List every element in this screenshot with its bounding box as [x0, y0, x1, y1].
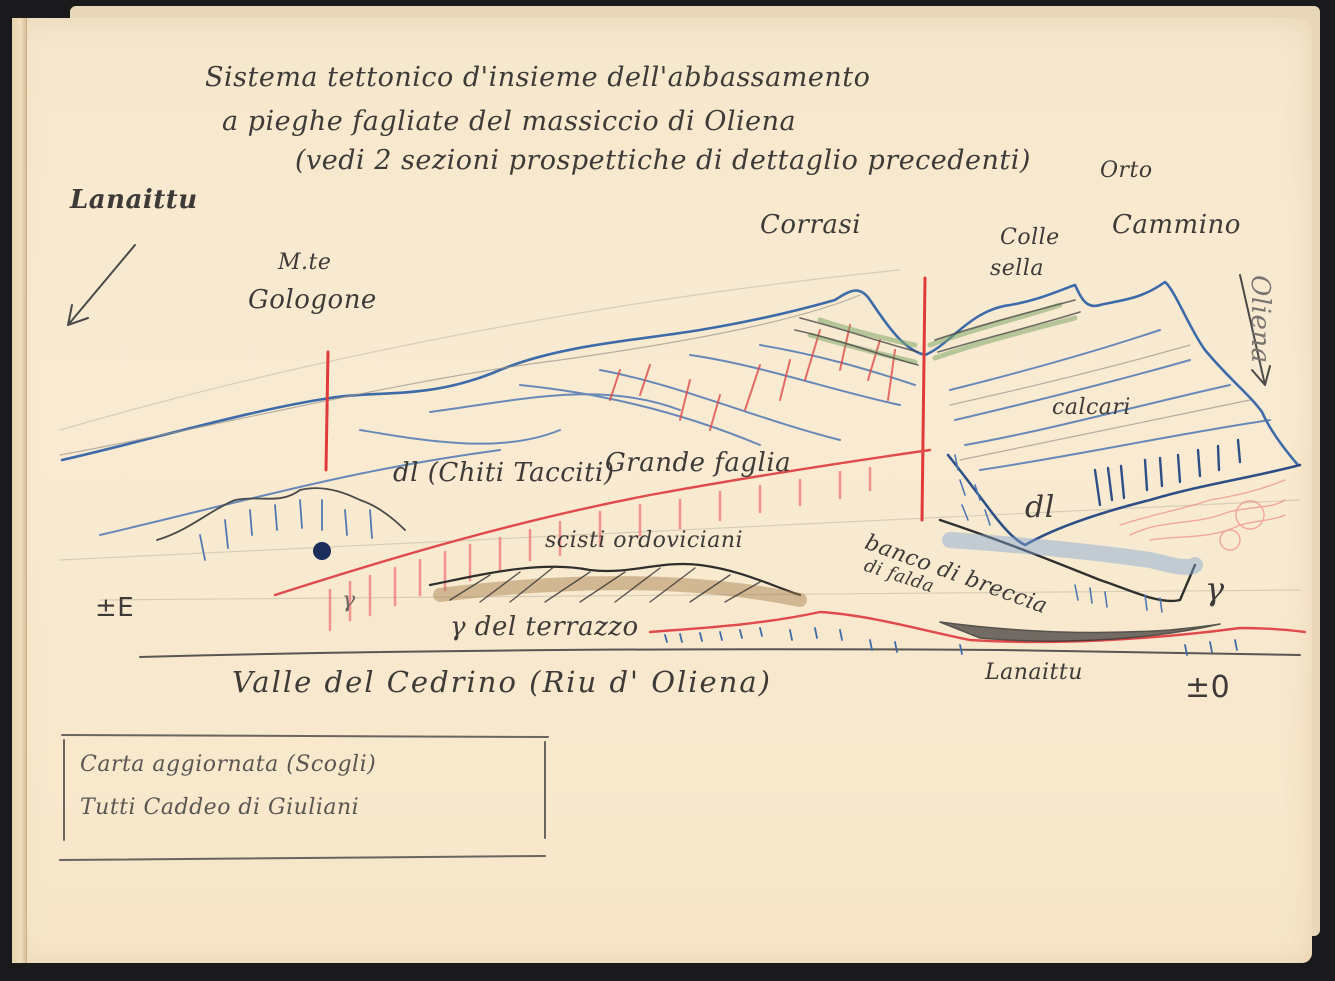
label-valle-cedrino: Valle del Cedrino (Riu d' Oliena)	[232, 665, 772, 699]
dolomite-block-right	[948, 455, 1300, 545]
label-lanaittu: Lanaittu	[70, 185, 198, 215]
label-calcari: calcari	[1052, 395, 1131, 420]
fault-saddle	[922, 278, 925, 520]
green-beds	[810, 305, 1075, 362]
label-orto: Orto	[1100, 158, 1153, 183]
label-lanaittu-bottom: Lanaittu	[985, 660, 1083, 685]
label-colle: Colle	[1000, 225, 1060, 250]
note-line-1: Carta aggiornata (Scogli)	[80, 752, 376, 777]
red-scribble	[1120, 480, 1285, 550]
fault-gologone	[326, 352, 328, 470]
label-sella: sella	[990, 256, 1044, 281]
label-dl-right: dl	[1025, 490, 1055, 525]
label-dl-chiti-tacciti: dl (Chiti Tacciti)	[393, 458, 615, 488]
ridge-back	[60, 295, 860, 455]
alluvium-dark	[940, 622, 1220, 641]
gologone-ticks	[200, 500, 372, 560]
label-oliena: Oliena	[1245, 275, 1275, 364]
label-corrasi: Corrasi	[760, 210, 861, 240]
label-gologone: Gologone	[248, 285, 377, 315]
label-mte: M.te	[278, 250, 331, 275]
level-plus-minus-0: ±0	[1185, 670, 1230, 705]
label-scisti: scisti ordoviciani	[545, 528, 743, 553]
label-gamma-right: γ	[1205, 570, 1225, 608]
label-gamma-small: γ	[342, 588, 356, 613]
gologone-peak	[157, 488, 405, 540]
blue-dot-spring	[313, 542, 331, 560]
label-cammino: Cammino	[1112, 210, 1241, 240]
valley-baseline	[140, 649, 1300, 657]
level-plus-minus-e: ±E	[95, 593, 134, 623]
arrow-lanaittu-icon	[68, 245, 135, 325]
note-line-2: Tutti Caddeo di Giuliani	[80, 795, 359, 820]
title-line-1: Sistema tettonico d'insieme dell'abbassa…	[205, 62, 870, 93]
title-line-3: (vedi 2 sezioni prospettiche di dettagli…	[295, 145, 1031, 176]
label-gamma-terrazzo: γ del terrazzo	[450, 612, 639, 642]
label-grande-faglia: Grande faglia	[605, 448, 791, 478]
title-line-2: a pieghe fagliate del massiccio di Olien…	[222, 106, 796, 137]
